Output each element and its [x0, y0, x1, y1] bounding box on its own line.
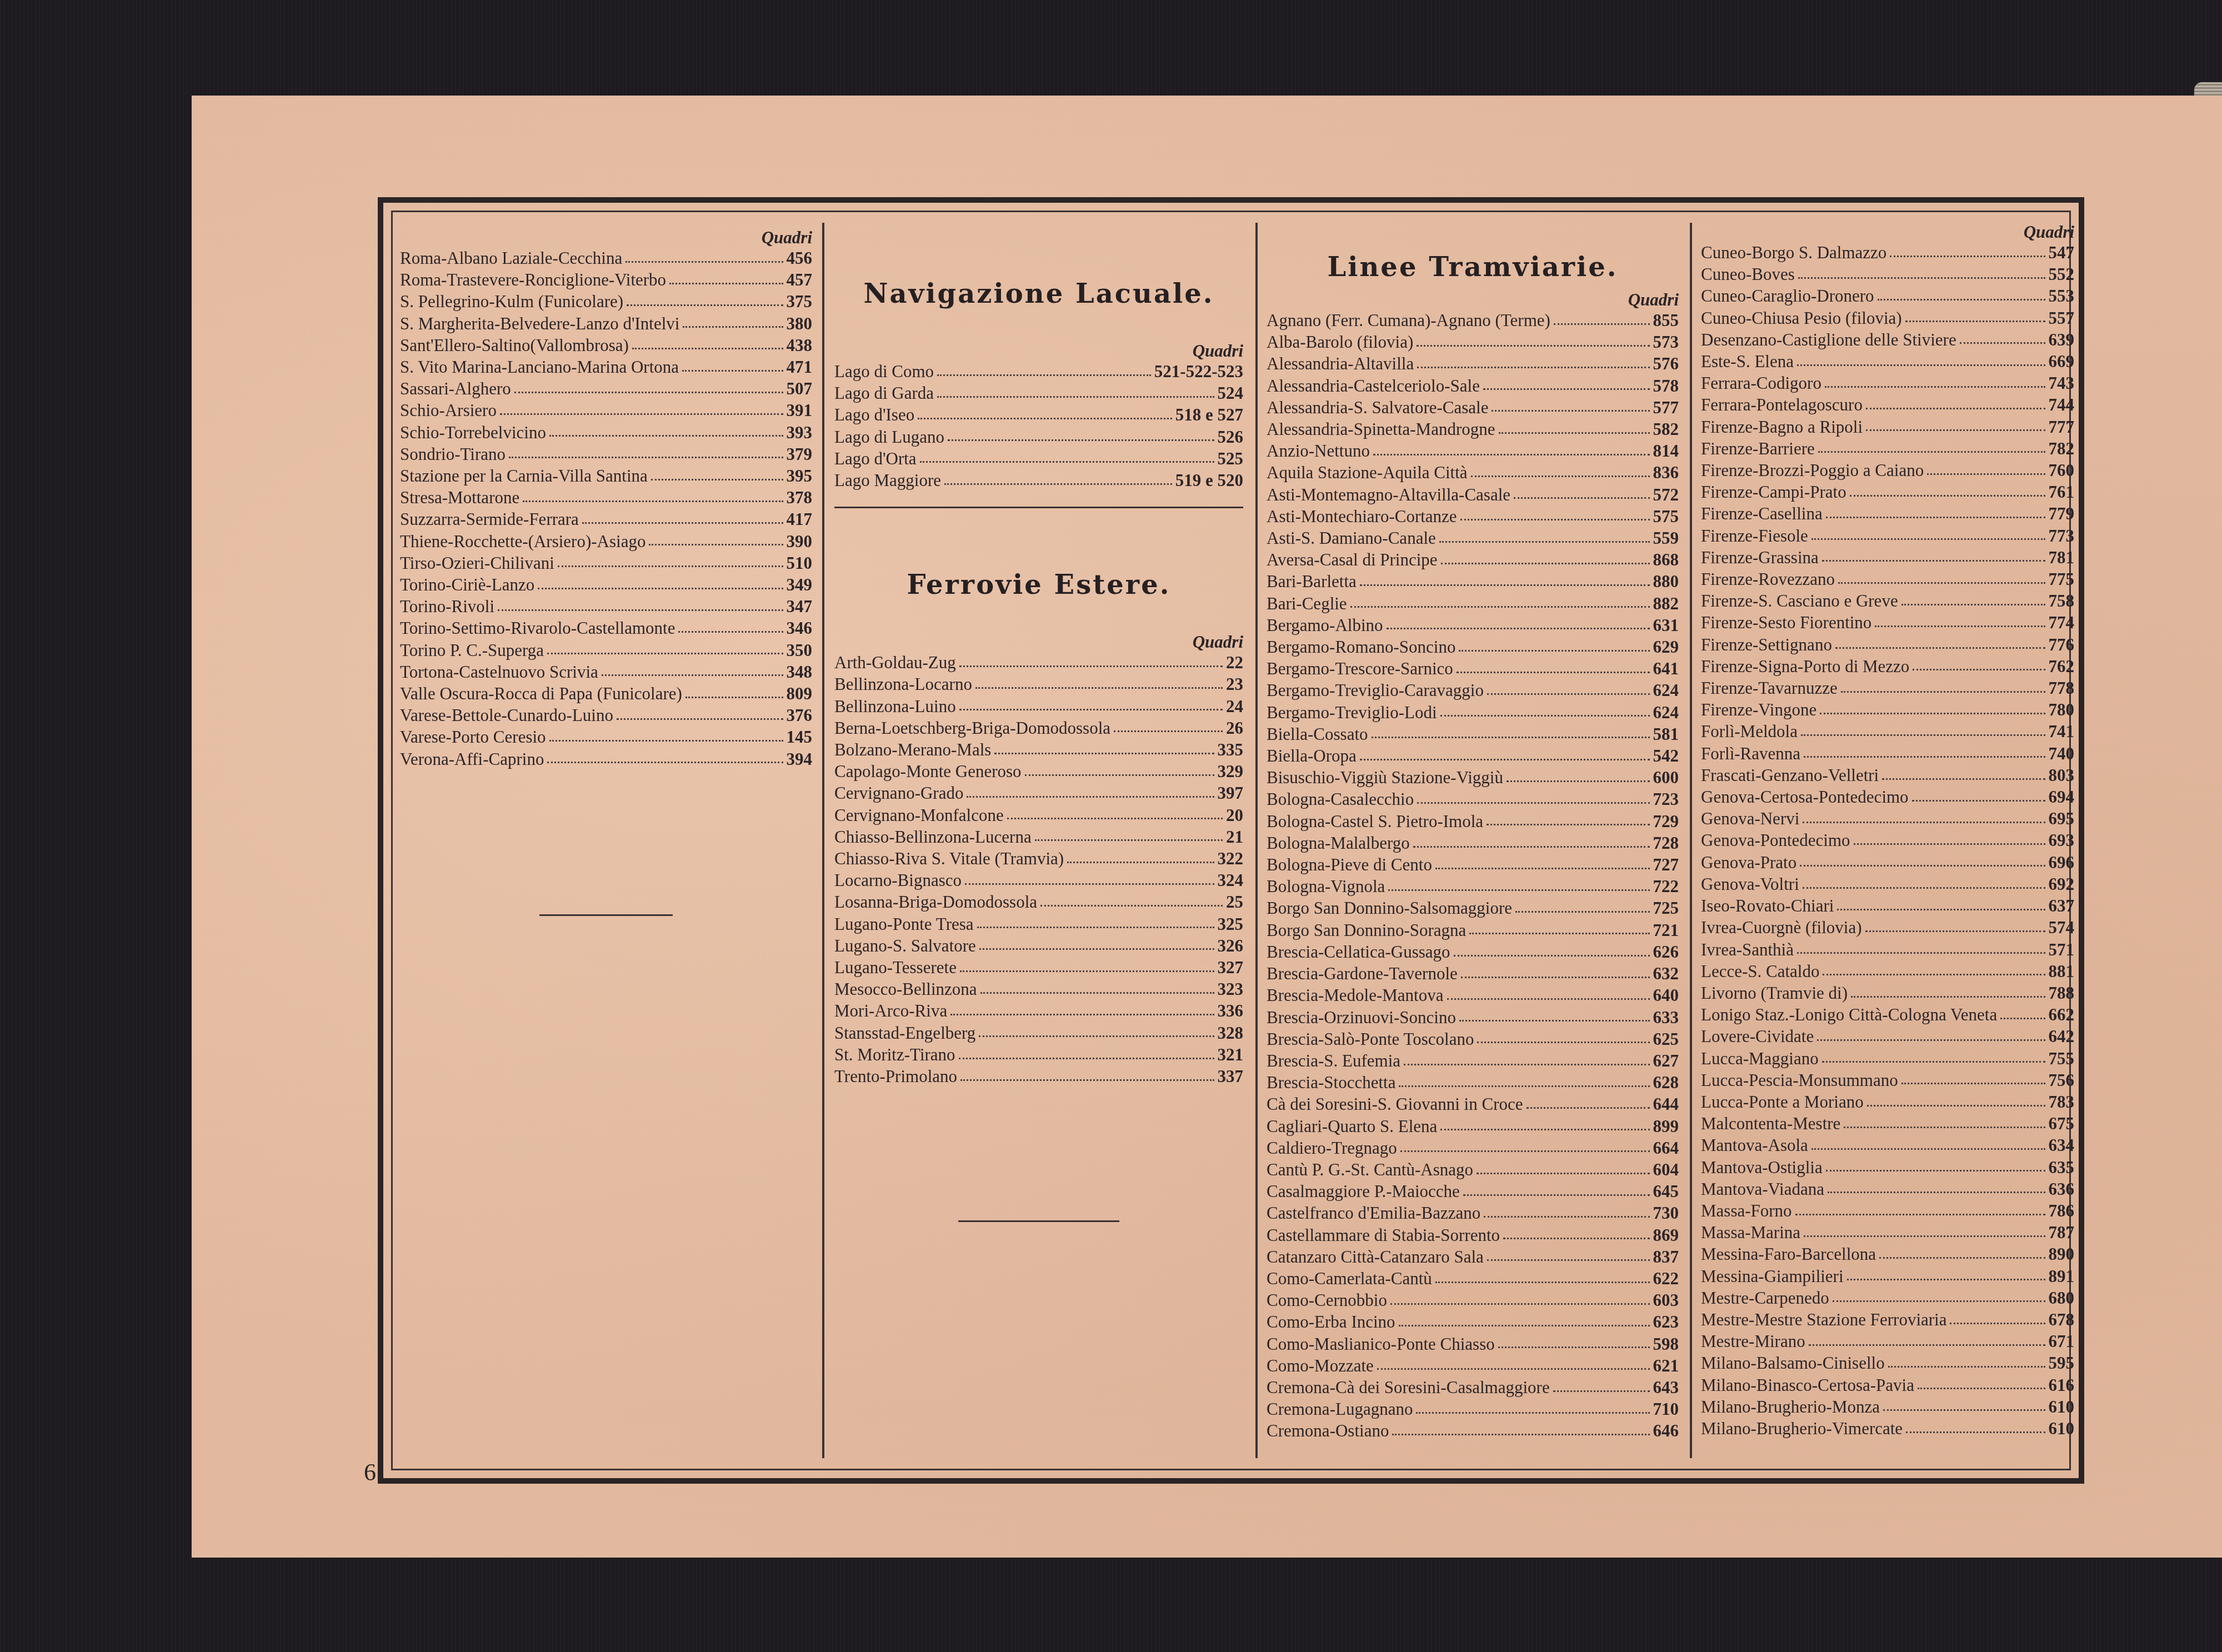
entry-quadri-number: 629 [1653, 636, 1679, 658]
entry-quadri-number: 325 [1218, 913, 1244, 935]
index-entry: Como-Cernobbio603 [1267, 1289, 1679, 1311]
dot-leader [558, 556, 783, 567]
index-entry: Lago di Lugano526 [834, 426, 1243, 448]
dot-leader [1399, 1315, 1650, 1326]
dot-leader [1025, 765, 1214, 776]
entry-quadri-number: 728 [1653, 832, 1679, 854]
entry-quadri-number: 725 [1653, 897, 1679, 919]
entry-route-name: Bergamo-Romano-Soncino [1267, 636, 1455, 658]
entry-route-name: Torino-Ciriè-Lanzo [400, 574, 534, 595]
index-entry: Torino-Settimo-Rivarolo-Castellamonte346 [400, 617, 812, 639]
entry-route-name: Firenze-Casellina [1701, 503, 1823, 524]
index-entry: Genova-Nervi695 [1701, 808, 2074, 829]
dot-leader [1841, 682, 2045, 693]
index-entry: Firenze-Vingone780 [1701, 699, 2074, 720]
index-entry: Este-S. Elena669 [1701, 351, 2074, 372]
index-entry: Bologna-Vignola722 [1267, 875, 1679, 897]
entry-quadri-number: 322 [1218, 848, 1244, 869]
entry-route-name: Torino P. C.-Superga [400, 639, 544, 661]
entry-quadri-number: 762 [2049, 655, 2075, 677]
index-entry: Cagliari-Quarto S. Elena899 [1267, 1115, 1679, 1137]
dot-leader [979, 1026, 1214, 1037]
entry-route-name: Torino-Settimo-Rivarolo-Castellamonte [400, 617, 675, 639]
entry-route-name: Lovere-Cividate [1701, 1025, 1814, 1047]
index-entry: Bergamo-Albino631 [1267, 614, 1679, 636]
entry-quadri-number: 625 [1653, 1028, 1679, 1050]
entry-quadri-number: 23 [1226, 673, 1243, 695]
dot-leader [1514, 488, 1649, 499]
dot-leader [538, 578, 783, 589]
entry-quadri-number: 395 [787, 465, 813, 487]
dot-leader [1838, 573, 2045, 584]
index-entry: Brescia-S. Eufemia627 [1267, 1050, 1679, 1072]
dot-leader [1878, 289, 2045, 301]
index-entry: Ferrara-Codigoro743 [1701, 372, 2074, 394]
index-entry: Mestre-Mirano671 [1701, 1330, 2074, 1352]
index-entry: Mesocco-Bellinzona323 [834, 978, 1243, 1000]
entry-quadri-number: 350 [787, 639, 813, 661]
section-divider [834, 507, 1243, 508]
entry-quadri-number: 755 [2049, 1048, 2075, 1069]
dot-leader [975, 678, 1223, 689]
index-entry: Lugano-Ponte Tresa325 [834, 913, 1243, 935]
index-entry: Mestre-Mestre Stazione Ferroviaria678 [1701, 1309, 2074, 1330]
entry-quadri-number: 671 [2049, 1330, 2075, 1352]
dot-leader [547, 643, 783, 654]
dot-leader [1461, 967, 1650, 978]
entry-route-name: Alessandria-S. Salvatore-Casale [1267, 397, 1488, 418]
entry-route-name: Alessandria-Castelceriolo-Sale [1267, 375, 1480, 397]
entry-quadri-number: 675 [2049, 1113, 2075, 1134]
entry-quadri-number: 576 [1653, 353, 1679, 374]
dot-leader [1918, 1378, 2045, 1389]
entry-quadri-number: 780 [2049, 699, 2075, 720]
entry-quadri-number: 778 [2049, 677, 2075, 699]
entry-route-name: Firenze-Brozzi-Poggio a Caiano [1701, 459, 1924, 481]
index-entry: Thiene-Rocchette-(Arsiero)-Asiago390 [400, 530, 812, 552]
index-entry: Varese-Porto Ceresio145 [400, 726, 812, 748]
dot-leader [1828, 1182, 2045, 1193]
entry-quadri-number: 786 [2049, 1200, 2075, 1222]
index-entry: Biella-Cossato581 [1267, 723, 1679, 745]
entry-route-name: Iseo-Rovato-Chiari [1701, 895, 1834, 917]
entry-quadri-number: 542 [1653, 745, 1679, 767]
entry-quadri-number: 581 [1653, 723, 1679, 745]
entry-quadri-number: 890 [2049, 1243, 2075, 1265]
entry-route-name: Messina-Faro-Barcellona [1701, 1243, 1876, 1265]
index-entry: Roma-Trastevere-Ronciglione-Viterbo457 [400, 269, 812, 291]
entry-route-name: Alessandria-Spinetta-Mandrogne [1267, 418, 1495, 440]
dot-leader [960, 961, 1214, 972]
entry-quadri-number: 645 [1653, 1180, 1679, 1202]
entry-route-name: Firenze-Campi-Prato [1701, 481, 1846, 503]
entry-route-name: Desenzano-Castiglione delle Stiviere [1701, 329, 1956, 351]
index-entry: Lago di Garda524 [834, 382, 1243, 404]
entry-route-name: Borgo San Donnino-Soragna [1267, 919, 1466, 941]
index-entry: Berna-Loetschberg-Briga-Domodossola26 [834, 717, 1243, 739]
entry-quadri-number: 521-522-523 [1154, 361, 1243, 382]
index-entry: Lucca-Maggiano755 [1701, 1048, 2074, 1069]
index-entry: Firenze-Rovezzano775 [1701, 568, 2074, 590]
entry-quadri-number: 640 [1653, 984, 1679, 1006]
entry-route-name: Firenze-Vingone [1701, 699, 1816, 720]
entry-route-name: Cagliari-Quarto S. Elena [1267, 1115, 1437, 1137]
entry-route-name: Milano-Binasco-Certosa-Pavia [1701, 1374, 1914, 1396]
entry-quadri-number: 692 [2049, 873, 2075, 895]
index-entry: Brescia-Orzinuovi-Soncino633 [1267, 1007, 1679, 1028]
entry-quadri-number: 776 [2049, 634, 2075, 655]
entry-quadri-number: 603 [1653, 1289, 1679, 1311]
entry-quadri-number: 346 [787, 617, 813, 639]
entry-route-name: Cremona-Ostiano [1267, 1420, 1389, 1441]
index-entry: Caldiero-Tregnago664 [1267, 1137, 1679, 1159]
entry-route-name: Roma-Trastevere-Ronciglione-Viterbo [400, 269, 666, 291]
index-entry: Milano-Balsamo-Cinisello595 [1701, 1352, 2074, 1374]
dot-leader [1906, 1422, 2045, 1433]
entry-quadri-number: 598 [1653, 1333, 1679, 1355]
entry-route-name: Cervignano-Monfalcone [834, 804, 1004, 826]
dot-leader [1867, 1095, 2045, 1107]
index-entry: Genova-Voltri692 [1701, 873, 2074, 895]
entry-route-name: Losanna-Briga-Domodossola [834, 891, 1037, 913]
entry-route-name: Valle Oscura-Rocca di Papa (Funicolare) [400, 683, 682, 704]
dot-leader [1435, 1272, 1650, 1283]
dot-leader [1447, 989, 1650, 1000]
index-entry: Aquila Stazione-Aquila Città836 [1267, 462, 1679, 483]
entry-route-name: Bellinzona-Locarno [834, 673, 972, 695]
dot-leader [1826, 1160, 2045, 1172]
entry-quadri-number: 642 [2049, 1025, 2075, 1047]
entry-route-name: Mestre-Carpenedo [1701, 1287, 1829, 1309]
index-entry: Bolzano-Merano-Mals335 [834, 739, 1243, 760]
entry-route-name: Lonigo Staz.-Lonigo Città-Cologna Veneta [1701, 1004, 1997, 1025]
index-entry: Forlì-Meldola741 [1701, 720, 2074, 742]
dot-leader [1469, 923, 1649, 934]
dot-leader [1797, 355, 2045, 366]
dot-leader [1400, 1141, 1650, 1152]
entry-route-name: Cuneo-Chiusa Pesio (filovia) [1701, 307, 1902, 329]
index-entry: Sant'Ellero-Saltino(Vallombrosa)438 [400, 334, 812, 356]
index-entry: Lago Maggiore519 e 520 [834, 469, 1243, 491]
entry-quadri-number: 349 [787, 574, 813, 595]
entry-quadri-number: 646 [1653, 1420, 1679, 1441]
dot-leader [1503, 1228, 1649, 1239]
entry-route-name: Alessandria-Altavilla [1267, 353, 1414, 374]
index-entry: Stresa-Mottarone378 [400, 487, 812, 508]
dot-leader [960, 1070, 1214, 1081]
entry-route-name: Como-Mozzate [1267, 1355, 1374, 1376]
dot-leader [918, 408, 1172, 419]
entry-quadri-number: 809 [787, 683, 813, 704]
dot-leader [602, 665, 783, 676]
entry-quadri-number: 616 [2049, 1374, 2075, 1396]
dot-leader [1879, 1248, 2045, 1259]
entry-quadri-number: 623 [1653, 1311, 1679, 1333]
entry-route-name: Lucca-Maggiano [1701, 1048, 1819, 1069]
quadri-header: Quadri [1701, 223, 2074, 242]
entry-quadri-number: 727 [1653, 854, 1679, 875]
entry-quadri-number: 803 [2049, 764, 2075, 786]
index-entry: Mestre-Carpenedo680 [1701, 1287, 2074, 1309]
dot-leader [1507, 771, 1650, 782]
index-entry: Genova-Pontedecimo693 [1701, 829, 2074, 851]
index-entry: Malcontenta-Mestre675 [1701, 1113, 2074, 1134]
index-entry: Firenze-S. Casciano e Greve758 [1701, 590, 2074, 612]
entry-quadri-number: 781 [2049, 547, 2075, 568]
index-entry: Stazione per la Carnia-Villa Santina395 [400, 465, 812, 487]
index-entry: Anzio-Nettuno814 [1267, 440, 1679, 462]
index-entry: Iseo-Rovato-Chiari637 [1701, 895, 2074, 917]
entry-quadri-number: 641 [1653, 658, 1679, 679]
index-entry: Milano-Brugherio-Monza610 [1701, 1396, 2074, 1418]
index-entry: St. Moritz-Tirano321 [834, 1044, 1243, 1065]
entry-route-name: Como-Erba Incino [1267, 1311, 1395, 1333]
index-entry: Alessandria-S. Salvatore-Casale577 [1267, 397, 1679, 418]
index-entry: Lugano-Tesserete327 [834, 957, 1243, 978]
entry-quadri-number: 882 [1653, 593, 1679, 614]
index-entry: Ivrea-Santhià571 [1701, 939, 2074, 960]
dot-leader [1818, 442, 2045, 453]
dot-leader [1404, 1054, 1649, 1065]
entry-route-name: Cà dei Soresini-S. Giovanni in Croce [1267, 1093, 1523, 1115]
dot-leader [1484, 1207, 1649, 1218]
index-entry: Castellammare di Stabia-Sorrento869 [1267, 1224, 1679, 1246]
index-entry: Sassari-Alghero507 [400, 378, 812, 399]
index-entry: Casalmaggiore P.-Maiocche645 [1267, 1180, 1679, 1202]
index-entry: Asti-Montechiaro-Cortanze575 [1267, 505, 1679, 527]
index-frame: Quadri Roma-Albano Laziale-Cecchina456Ro… [378, 197, 2084, 1484]
index-entry: Cremona-Lugagnano710 [1267, 1398, 1679, 1420]
entry-route-name: Alba-Barolo (filovia) [1267, 331, 1413, 353]
entry-route-name: Asti-Montemagno-Altavilla-Casale [1267, 484, 1510, 505]
dot-leader [1854, 834, 2045, 845]
entry-route-name: Suzzarra-Sermide-Ferrara [400, 508, 579, 530]
entry-route-name: Tortona-Castelnuovo Scrivia [400, 661, 598, 683]
dot-leader [937, 365, 1151, 376]
index-entry: Asti-Montemagno-Altavilla-Casale572 [1267, 484, 1679, 505]
entry-quadri-number: 347 [787, 595, 813, 617]
dot-leader [1798, 268, 2045, 279]
column-3: Linee Tramviarie. Quadri Agnano (Ferr. C… [1267, 223, 1679, 1458]
index-entry: Alessandria-Spinetta-Mandrogne582 [1267, 418, 1679, 440]
dot-leader [1817, 1030, 2045, 1041]
dot-leader [1901, 594, 2045, 605]
entry-quadri-number: 323 [1218, 978, 1244, 1000]
entry-route-name: Varese-Bettole-Cunardo-Luino [400, 704, 613, 726]
entry-route-name: Ferrara-Pontelagoscuro [1701, 394, 1863, 415]
dot-leader [1865, 921, 2045, 932]
entry-quadri-number: 321 [1218, 1044, 1244, 1065]
index-entry: Cremona-Ostiano646 [1267, 1420, 1679, 1441]
entry-quadri-number: 636 [2049, 1178, 2075, 1200]
index-entry: Cervignano-Monfalcone20 [834, 804, 1243, 826]
entry-route-name: S. Vito Marina-Lanciano-Marina Ortona [400, 356, 679, 378]
entry-route-name: Asti-S. Damiano-Canale [1267, 527, 1436, 549]
entry-quadri-number: 680 [2049, 1287, 2075, 1309]
dot-leader [1459, 1010, 1650, 1022]
dot-leader [1850, 485, 2045, 497]
entry-route-name: Forlì-Meldola [1701, 720, 1798, 742]
entry-quadri-number: 26 [1226, 717, 1243, 739]
index-entry: Firenze-Brozzi-Poggio a Caiano760 [1701, 459, 2074, 481]
dot-leader [1851, 986, 2045, 997]
entry-quadri-number: 881 [2049, 960, 2075, 982]
dot-leader [1795, 1204, 2045, 1215]
entry-quadri-number: 662 [2049, 1004, 2075, 1025]
dot-leader [1440, 1119, 1649, 1130]
entry-quadri-number: 328 [1218, 1022, 1244, 1044]
entry-quadri-number: 393 [787, 422, 813, 443]
index-entry: Castelfranco d'Emilia-Bazzano730 [1267, 1202, 1679, 1224]
entry-route-name: Roma-Albano Laziale-Cecchina [400, 247, 622, 269]
dot-leader [1373, 444, 1650, 455]
index-entry: Borgo San Donnino-Soragna721 [1267, 919, 1679, 941]
entry-quadri-number: 788 [2049, 982, 2075, 1004]
index-entry: S. Vito Marina-Lanciano-Marina Ortona471 [400, 356, 812, 378]
entry-route-name: Verona-Affi-Caprino [400, 748, 544, 770]
dot-leader [1913, 659, 2045, 670]
entry-route-name: Cuneo-Caraglio-Dronero [1701, 285, 1874, 307]
entry-quadri-number: 710 [1653, 1398, 1679, 1420]
entry-route-name: Lucca-Ponte a Moriano [1701, 1091, 1864, 1113]
index-entry: Livorno (Tramvie di)788 [1701, 982, 2074, 1004]
entry-route-name: Anzio-Nettuno [1267, 440, 1370, 462]
index-entry: Milano-Brugherio-Vimercate610 [1701, 1418, 2074, 1439]
dot-leader [1392, 1424, 1649, 1435]
entry-quadri-number: 633 [1653, 1007, 1679, 1028]
index-entry: Como-Camerlata-Cantù622 [1267, 1268, 1679, 1289]
index-entry: Brescia-Stocchetta628 [1267, 1072, 1679, 1093]
entry-route-name: Firenze-Tavarnuzze [1701, 677, 1838, 699]
entry-route-name: Frascati-Genzano-Velletri [1701, 764, 1879, 786]
dot-leader [1487, 1250, 1650, 1261]
index-entry: Genova-Prato696 [1701, 852, 2074, 873]
entry-route-name: Capolago-Monte Generoso [834, 760, 1022, 782]
entry-route-name: Firenze-Settignano [1701, 634, 1832, 655]
dot-leader [1905, 311, 2045, 322]
entry-route-name: Schio-Torrebelvicino [400, 422, 546, 443]
index-entry: Messina-Faro-Barcellona890 [1701, 1243, 2074, 1265]
index-entry: Lago d'Iseo518 e 527 [834, 404, 1243, 425]
index-entry: Desenzano-Castiglione delle Stiviere639 [1701, 329, 2074, 351]
entry-route-name: Stresa-Mottarone [400, 487, 519, 508]
entry-quadri-number: 578 [1653, 375, 1679, 397]
entry-quadri-number: 390 [787, 530, 813, 552]
index-entry: Torino-Rivoli347 [400, 595, 812, 617]
dot-leader [948, 430, 1214, 441]
dot-leader [1822, 550, 2045, 562]
entry-quadri-number: 631 [1653, 614, 1679, 636]
entry-quadri-number: 722 [1653, 875, 1679, 897]
entry-route-name: Bergamo-Treviglio-Caravaggio [1267, 679, 1484, 701]
entry-route-name: Castellammare di Stabia-Sorrento [1267, 1224, 1500, 1246]
entry-route-name: Cuneo-Borgo S. Dalmazzo [1701, 242, 1886, 263]
index-entry: Frascati-Genzano-Velletri803 [1701, 764, 2074, 786]
dot-leader [649, 534, 783, 545]
entry-route-name: Mesocco-Bellinzona [834, 978, 977, 1000]
entry-quadri-number: 571 [2049, 939, 2075, 960]
entry-quadri-number: 723 [1653, 788, 1679, 810]
index-entry: Bergamo-Treviglio-Lodi624 [1267, 702, 1679, 723]
entry-route-name: Firenze-Signa-Porto di Mezzo [1701, 655, 1909, 677]
index-entry: Firenze-Tavarnuzze778 [1701, 677, 2074, 699]
dot-leader [1114, 721, 1223, 732]
index-entry: Bologna-Casalecchio723 [1267, 788, 1679, 810]
entry-quadri-number: 694 [2049, 786, 2075, 808]
index-entry: S. Margherita-Belvedere-Lanzo d'Intelvi3… [400, 313, 812, 334]
index-entry: Firenze-Grassina781 [1701, 547, 2074, 568]
entry-route-name: Ivrea-Santhià [1701, 939, 1794, 960]
dot-leader [1826, 507, 2045, 518]
entry-quadri-number: 394 [787, 748, 813, 770]
entry-quadri-number: 375 [787, 291, 813, 312]
index-entry: Schio-Arsiero391 [400, 399, 812, 421]
dot-leader [1067, 852, 1214, 863]
dot-leader [1417, 793, 1649, 804]
dot-leader [1454, 945, 1650, 956]
entry-quadri-number: 380 [787, 313, 813, 334]
index-entry: Capolago-Monte Generoso329 [834, 760, 1243, 782]
entry-quadri-number: 621 [1653, 1355, 1679, 1376]
quadri-header: Quadri [400, 228, 812, 247]
dot-leader [1515, 902, 1649, 913]
dot-leader [1888, 1356, 2045, 1368]
dot-leader [1388, 880, 1649, 891]
index-entry: Borgo San Donnino-Salsomaggiore725 [1267, 897, 1679, 919]
entry-quadri-number: 744 [2049, 394, 2075, 415]
column-4: Quadri Cuneo-Borgo S. Dalmazzo547Cuneo-B… [1701, 223, 2074, 1458]
entry-route-name: Firenze-Fiesole [1701, 525, 1808, 547]
entry-route-name: Varese-Porto Ceresio [400, 726, 546, 748]
entry-quadri-number: 626 [1653, 941, 1679, 963]
entry-quadri-number: 557 [2049, 307, 2075, 329]
index-entry: Varese-Bettole-Cunardo-Luino376 [400, 704, 812, 726]
entry-quadri-number: 782 [2049, 438, 2075, 459]
dot-leader [1866, 398, 2045, 409]
entry-quadri-number: 524 [1218, 382, 1244, 404]
index-entry: Mantova-Asola634 [1701, 1134, 2074, 1156]
dot-leader [1801, 725, 2045, 736]
entry-quadri-number: 775 [2049, 568, 2075, 590]
dot-leader [1477, 1032, 1649, 1043]
entry-quadri-number: 635 [2049, 1157, 2075, 1178]
dot-leader [967, 787, 1214, 798]
index-entry: Bologna-Castel S. Pietro-Imola729 [1267, 810, 1679, 832]
dot-leader [625, 252, 783, 263]
column-rule [822, 223, 824, 1458]
dot-leader [1960, 333, 2045, 344]
entry-route-name: Cremona-Lugagnano [1267, 1398, 1413, 1420]
dot-leader [685, 687, 783, 698]
entry-route-name: Messina-Giampilieri [1701, 1265, 1844, 1287]
entry-quadri-number: 604 [1653, 1159, 1679, 1180]
dot-leader [1822, 1052, 2045, 1063]
index-entry: Cervignano-Grado397 [834, 782, 1243, 804]
dot-leader [980, 983, 1214, 994]
entry-quadri-number: 627 [1653, 1050, 1679, 1072]
dot-leader [1360, 749, 1650, 760]
dot-leader [1035, 830, 1223, 841]
index-entry: Alessandria-Castelceriolo-Sale578 [1267, 375, 1679, 397]
entry-quadri-number: 696 [2049, 852, 2075, 873]
entry-quadri-number: 773 [2049, 525, 2075, 547]
entry-route-name: Forlì-Ravenna [1701, 743, 1800, 764]
entry-quadri-number: 574 [2049, 917, 2075, 938]
entry-route-name: Bologna-Castel S. Pietro-Imola [1267, 810, 1483, 832]
entry-quadri-number: 741 [2049, 720, 2075, 742]
column-rule [1255, 223, 1258, 1458]
entry-route-name: Bari-Ceglie [1267, 593, 1347, 614]
